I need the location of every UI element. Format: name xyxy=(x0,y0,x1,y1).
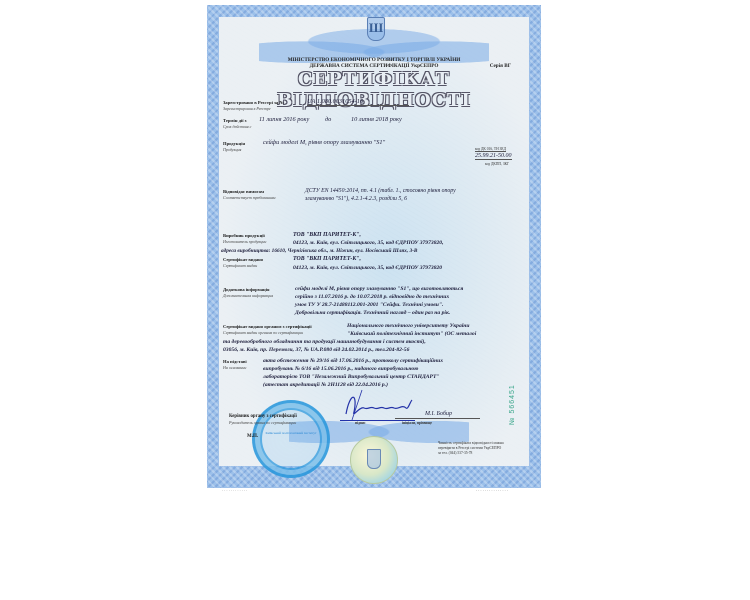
validity-to: 10 липня 2018 року xyxy=(351,116,402,123)
verify-note-line-1: Чинність сертифіката відповідності можна xyxy=(438,441,504,445)
issued-to-name: ТОВ "ВКП ПАРИТЕТ-К", xyxy=(293,256,361,262)
issued-by-label: Сертифікат видано органом з сертифікації xyxy=(223,324,312,329)
issued-to-address: 04123, м. Київ, вул. Світлицького, 35, к… xyxy=(293,265,442,271)
official-stamp: Київський політехнічний інститут xyxy=(252,400,330,478)
product-code-caption-bottom: код ДКПП, ЗКГ xyxy=(485,162,509,166)
trident-coat-of-arms-icon: Ш xyxy=(367,17,385,41)
product-code: 25.99.21-50.00 xyxy=(475,153,512,160)
basis-line-2: випробувань № 6/16 від 15.06.2016 р., на… xyxy=(263,366,418,372)
issued-to-label: Сертифікат видано xyxy=(223,257,263,262)
stamp-text: Київський політехнічний інститут xyxy=(255,431,327,435)
requirements-line-2: зламуванню "S1"), 4.2.1-4.2.3, розділи 5… xyxy=(305,196,407,202)
signatory-label: Керівник органу з сертифікації xyxy=(229,414,297,419)
basis-line-1: акта обстеження № 29/16 від 17.06.2016 р… xyxy=(263,358,443,364)
additional-info-line-2: серійно з 11.07.2016 р. до 10.07.2018 р.… xyxy=(295,294,449,300)
issued-by-line-3: та деревообробного обладнання та продукц… xyxy=(223,339,426,345)
signature-scribble xyxy=(340,388,420,422)
product-code-caption-top: код ДК 016, ТН ЗЕД xyxy=(475,147,506,152)
verify-note-line-2: перевірити в Реєстрі системи УкрСЕПРО xyxy=(438,446,501,450)
product-value: сейфи моделі М, рівня опору зламуванню "… xyxy=(263,139,385,146)
registry-label: Зареєстровано в Реєстрі за № xyxy=(223,100,284,105)
issued-by-line-2: "Київський політехнічний інститут" (ОС м… xyxy=(347,331,476,337)
basis-sublabel: На основании xyxy=(223,365,246,370)
validity-label: Термін дії з xyxy=(223,118,246,123)
validity-from: 11 липня 2016 року xyxy=(259,116,309,123)
issued-by-sublabel: Сертификат выдан органом по сертификации xyxy=(223,330,303,335)
issued-to-sublabel: Сертификат выдан xyxy=(223,263,257,268)
additional-info-line-4: Добровільна сертифікація. Технічний нагл… xyxy=(295,310,450,316)
validity-sublabel: Срок действия с xyxy=(223,124,251,129)
name-caption: ініціали, прізвище xyxy=(402,421,432,425)
issued-by-line-4: 03056, м. Київ, пр. Перемоги, 37, № UA.P… xyxy=(223,347,409,353)
additional-info-sublabel: Дополнительная информация xyxy=(223,293,273,298)
footer-print-info-right: · · · · · · · · · · · · · · · xyxy=(476,489,508,493)
verify-note-line-3: за тел. (044) 537-35-78 xyxy=(438,451,472,455)
hologram-trident-icon xyxy=(367,449,381,469)
signatory-sublabel: Руководитель органа по сертификации xyxy=(229,420,296,425)
additional-info-line-3: умов ТУ У 28.7-21488112.001-2001 "Сейфи.… xyxy=(295,302,443,308)
name-underline xyxy=(395,418,480,419)
registry-number: UA 1.080.0031054-16 xyxy=(307,98,409,106)
manufacturer-sublabel: Изготовитель продукции xyxy=(223,239,266,244)
product-label: Продукція xyxy=(223,141,245,146)
requirements-line-1: ДСТУ EN 14450:2014, пп. 4.1 (табл. 1., с… xyxy=(305,188,456,194)
registry-sublabel: Зарегистрирован в Реестре xyxy=(223,106,271,111)
additional-info-label: Додаткова інформація xyxy=(223,287,269,292)
hologram-sticker xyxy=(350,436,398,484)
product-sublabel: Продукция xyxy=(223,147,241,152)
manufacturer-name: ТОВ "ВКП ПАРИТЕТ-К", xyxy=(293,232,361,238)
manufacturer-address: 04123, м. Київ, вул. Світлицького, 35, к… xyxy=(293,240,443,246)
manufacturer-label: Виробник продукції xyxy=(223,233,265,238)
validity-to-word: до xyxy=(325,116,331,123)
issued-by-line-1: Національного технічного університету Ук… xyxy=(347,323,470,329)
signature-caption: підпис xyxy=(355,421,366,425)
signatory-name: М.І. Бобир xyxy=(425,411,452,417)
serial-number: № 566451 xyxy=(509,384,516,425)
requirements-sublabel: Соответствует требованиям xyxy=(223,195,275,200)
manufacturer-production-address: адреса виробництва: 16610, Чернігівська … xyxy=(221,248,417,254)
basis-line-3: лабораторією ТОВ "Незалежний Випробуваль… xyxy=(263,374,439,380)
basis-label: На підставі xyxy=(223,359,247,364)
footer-print-info-left: · · · · · · · · · · · · xyxy=(222,489,247,493)
stamp-place-label: М.П. xyxy=(247,434,258,439)
additional-info-line-1: сейфи моделі М, рівня опору зламуванню "… xyxy=(295,286,463,292)
requirements-label: Відповідає вимогам xyxy=(223,189,264,194)
